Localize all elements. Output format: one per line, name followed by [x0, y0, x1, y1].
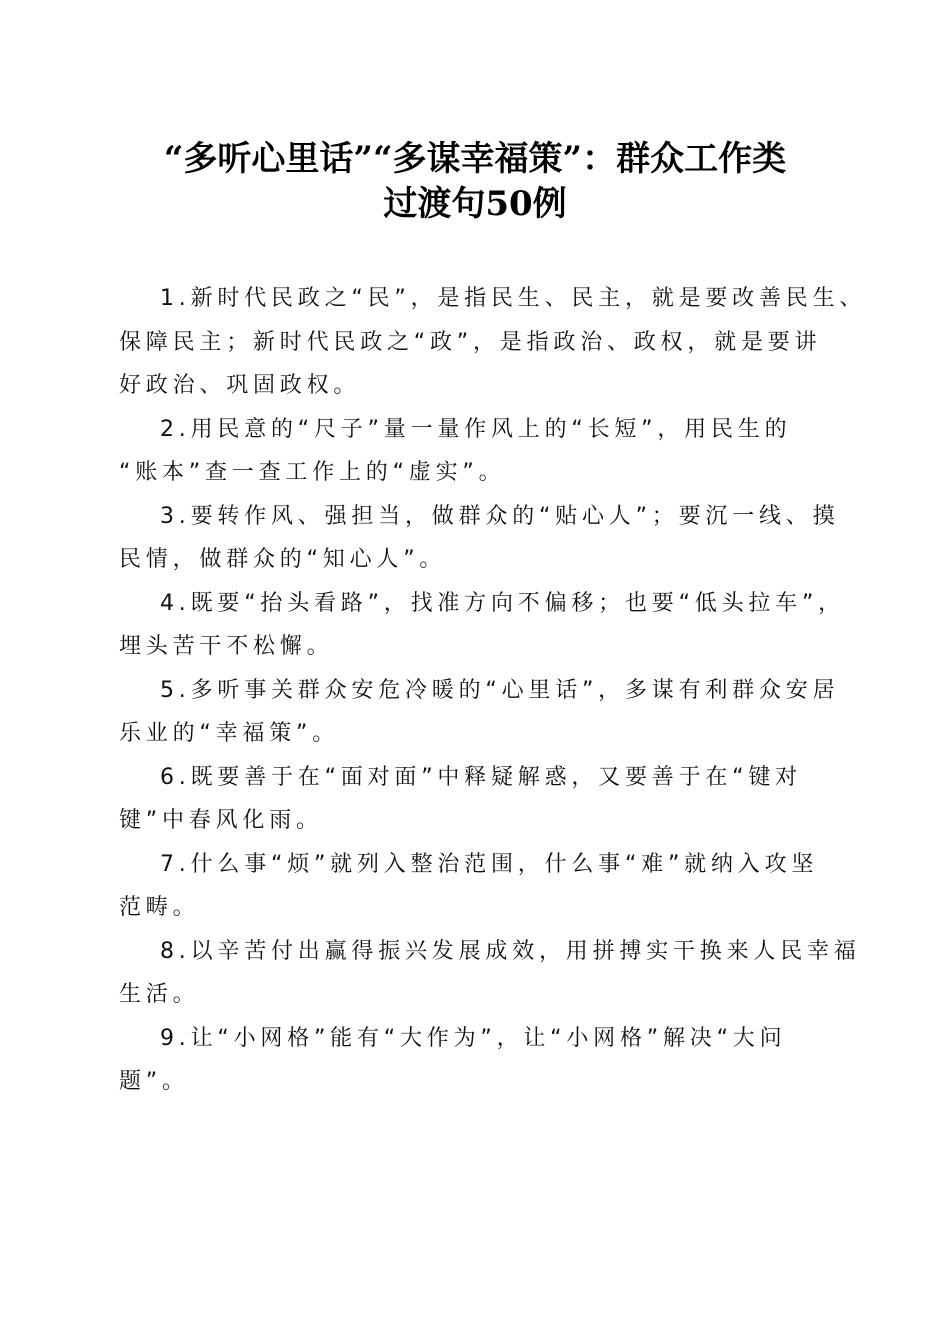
paragraph-line: 1.新时代民政之“民”，是指民生、民主，就是要改善民生、: [119, 277, 839, 321]
paragraph-line: 3.要转作风、强担当，做群众的“贴心人”；要沉一线、摸: [119, 495, 839, 539]
paragraph-line: 8.以辛苦付出赢得振兴发展成效，用拼搏实干换来人民幸福: [119, 930, 839, 974]
list-item-4: 4.既要“抬头看路”，找准方向不偏移；也要“低头拉车”， 埋头苦干不松懈。: [119, 582, 839, 669]
list-item-5: 5.多听事关群众安危冷暖的“心里话”，多谋有利群众安居 乐业的“幸福策”。: [119, 669, 839, 756]
paragraph-line: 5.多听事关群众安危冷暖的“心里话”，多谋有利群众安居: [119, 669, 839, 713]
list-item-7: 7.什么事“烦”就列入整治范围，什么事“难”就纳入攻坚 范畴。: [119, 843, 839, 930]
paragraph-line: 键”中春风化雨。: [119, 799, 839, 843]
paragraph-line: 2.用民意的“尺子”量一量作风上的“长短”，用民生的: [119, 408, 839, 452]
paragraph-line: 乐业的“幸福策”。: [119, 712, 839, 756]
paragraph-line: 保障民主；新时代民政之“政”，是指政治、政权，就是要讲: [119, 321, 839, 365]
paragraph-line: 4.既要“抬头看路”，找准方向不偏移；也要“低头拉车”，: [119, 582, 839, 626]
paragraph-line: 6.既要善于在“面对面”中释疑解惑，又要善于在“键对: [119, 756, 839, 800]
paragraph-line: 好政治、巩固政权。: [119, 364, 839, 408]
document-body: 1.新时代民政之“民”，是指民生、民主，就是要改善民生、 保障民主；新时代民政之…: [119, 277, 839, 1104]
list-item-1: 1.新时代民政之“民”，是指民生、民主，就是要改善民生、 保障民主；新时代民政之…: [119, 277, 839, 408]
document-title-line-1: “多听心里话”“多谋幸福策”：群众工作类: [100, 136, 850, 182]
paragraph-line: 民情，做群众的“知心人”。: [119, 538, 839, 582]
document-page: “多听心里话”“多谋幸福策”：群众工作类 过渡句50例 1.新时代民政之“民”，…: [0, 0, 950, 1344]
list-item-3: 3.要转作风、强担当，做群众的“贴心人”；要沉一线、摸 民情，做群众的“知心人”…: [119, 495, 839, 582]
paragraph-line: 题”。: [119, 1060, 839, 1104]
paragraph-line: 生活。: [119, 973, 839, 1017]
paragraph-line: 埋头苦干不松懈。: [119, 625, 839, 669]
paragraph-line: “账本”查一查工作上的“虚实”。: [119, 451, 839, 495]
paragraph-line: 9.让“小网格”能有“大作为”，让“小网格”解决“大问: [119, 1017, 839, 1061]
list-item-2: 2.用民意的“尺子”量一量作风上的“长短”，用民生的 “账本”查一查工作上的“虚…: [119, 408, 839, 495]
paragraph-line: 范畴。: [119, 886, 839, 930]
list-item-6: 6.既要善于在“面对面”中释疑解惑，又要善于在“键对 键”中春风化雨。: [119, 756, 839, 843]
paragraph-line: 7.什么事“烦”就列入整治范围，什么事“难”就纳入攻坚: [119, 843, 839, 887]
list-item-9: 9.让“小网格”能有“大作为”，让“小网格”解决“大问 题”。: [119, 1017, 839, 1104]
list-item-8: 8.以辛苦付出赢得振兴发展成效，用拼搏实干换来人民幸福 生活。: [119, 930, 839, 1017]
document-title-line-2: 过渡句50例: [100, 181, 850, 227]
